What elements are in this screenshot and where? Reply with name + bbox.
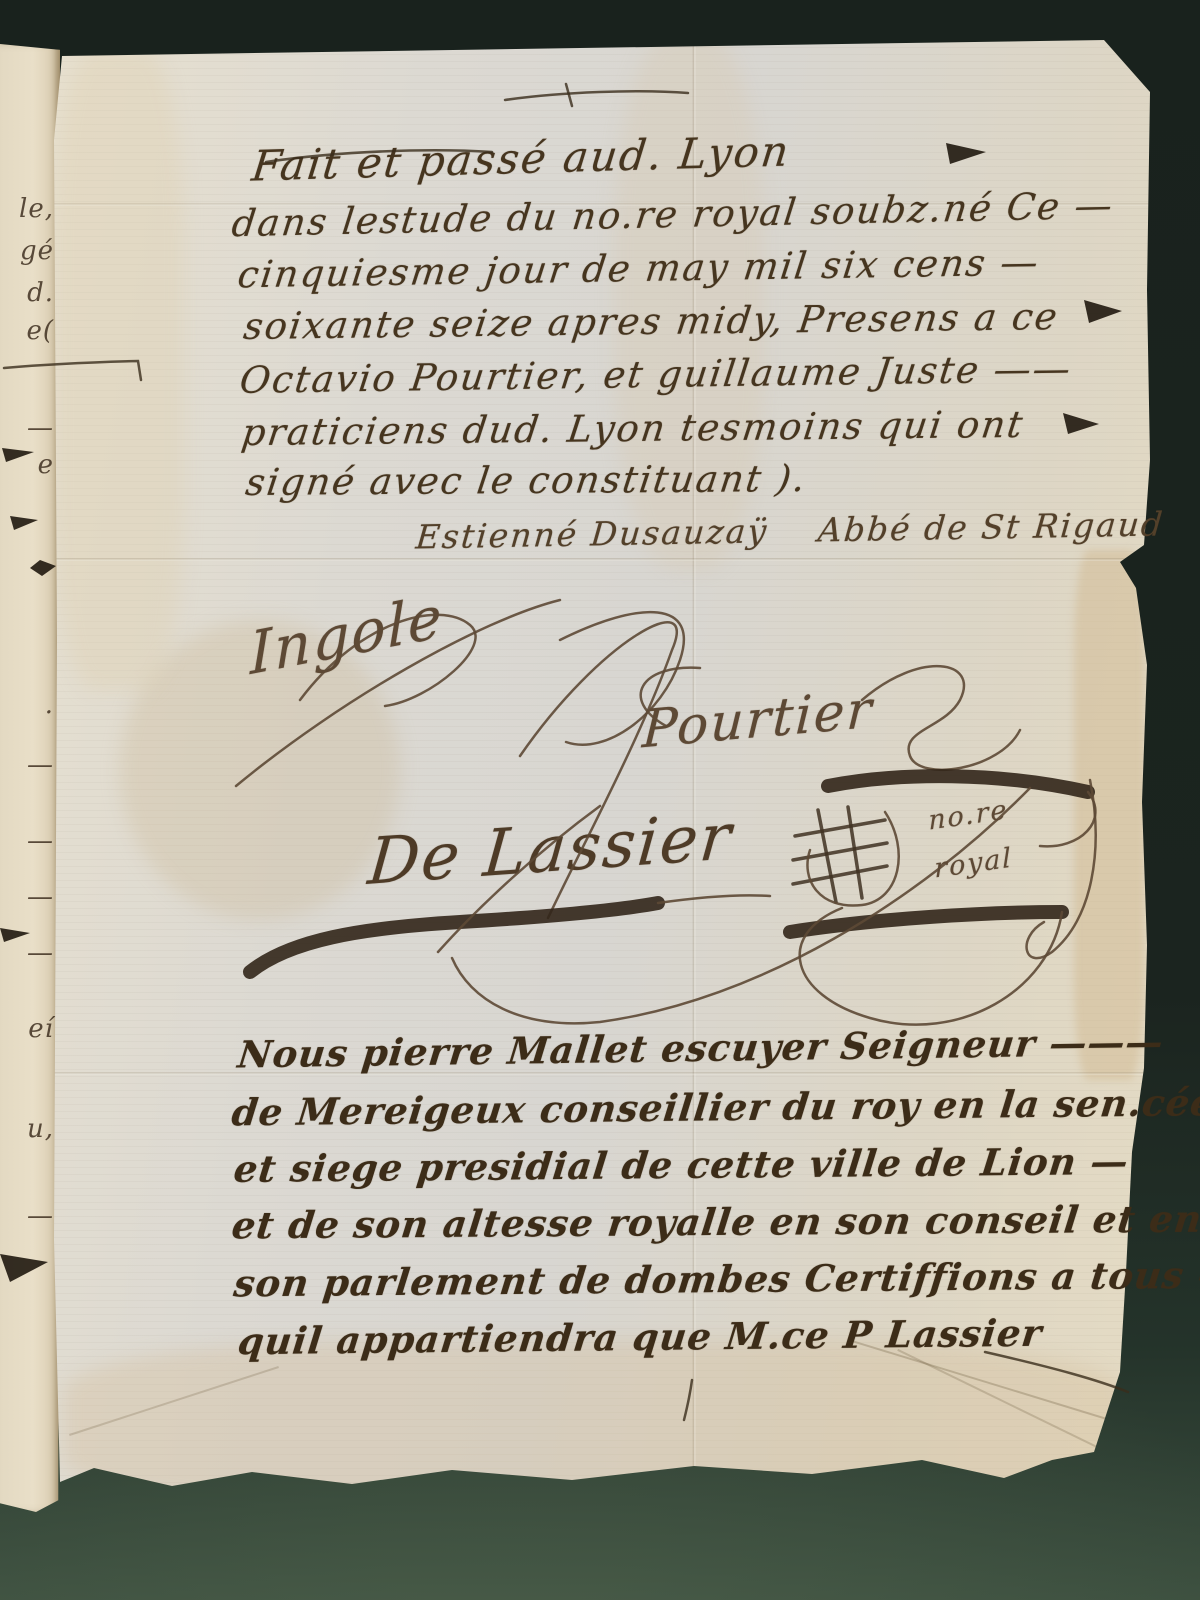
left-edge-fragment: u, [27, 1116, 54, 1142]
paper-stain-bottom [64, 1340, 1124, 1510]
left-edge-fragment: d. [27, 280, 54, 306]
left-edge-fragment: — [27, 752, 54, 778]
left-edge-fragment: — [27, 884, 54, 910]
certification-line: et de son altesse royalle en son conseil… [230, 1201, 1200, 1245]
left-edge-fragment: — [27, 415, 54, 441]
left-edge-fragment: — [27, 940, 54, 966]
previous-page-edge: le, gé d. e( — e · — — — — eí u, — [0, 44, 60, 1512]
left-edge-fragment: e [38, 452, 54, 478]
left-edge-fragment: gé [20, 238, 54, 264]
horizontal-fold-crease [54, 1072, 1144, 1075]
left-edge-fragment: — [27, 828, 54, 854]
left-edge-fragment: eí [28, 1016, 54, 1042]
closing-line: signé avec le constituant ). [244, 460, 810, 501]
left-edge-fragment: e( [26, 318, 54, 344]
paper-stain-right-edge [1074, 550, 1144, 1080]
certification-line: quil appartiendra que M.ce P Lassier [236, 1315, 1044, 1360]
closing-line: soixante seize apres midy, Presens a ce [242, 298, 1062, 345]
certification-line: et siege presidial de cette ville de Lio… [232, 1143, 1131, 1188]
left-edge-fragment: le, [19, 196, 54, 222]
certification-line: son parlement de dombes Certiffions a to… [232, 1257, 1200, 1303]
left-edge-fragment: — [27, 1203, 54, 1229]
horizontal-fold-crease [54, 558, 1150, 561]
closing-line: Octavio Pourtier, et guillaume Juste —— [238, 350, 1075, 399]
certification-line: de Mereigeux conseillier du roy en la se… [230, 1084, 1200, 1132]
paper-stain-top-left [54, 50, 184, 690]
closing-line: praticiens dud. Lyon tesmoins qui ont [240, 406, 1027, 451]
left-edge-fragment: · [45, 700, 54, 726]
manuscript-photo: le, gé d. e( — e · — — — — eí u, — Fait … [0, 0, 1200, 1600]
